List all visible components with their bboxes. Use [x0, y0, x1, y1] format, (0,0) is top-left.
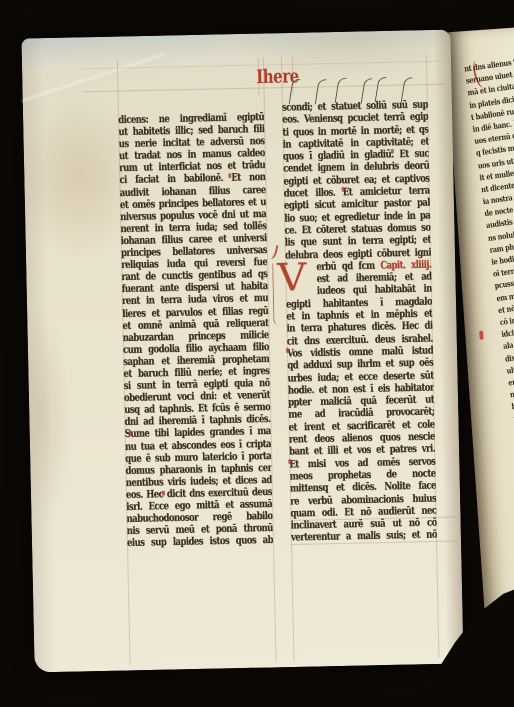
rubrication-mark: [342, 187, 345, 192]
rubrication-mark: [162, 491, 165, 496]
rubrication-mark: [479, 331, 484, 340]
rubrication-mark: [129, 430, 132, 435]
rubrication-mark: [286, 348, 289, 353]
text-column-left: dicens: ne ingrediamī egiptūut habitetis…: [118, 111, 273, 549]
rubrication-mark: [391, 149, 394, 154]
drop-cap-initial: V: [277, 260, 309, 299]
text-line-content: verterentur a malis suis; et nō: [291, 529, 437, 544]
photo-backdrop: nt dns alienus 9seruano uiuet fumā et in…: [0, 0, 514, 707]
rubrication-mark: [288, 459, 291, 464]
rubrication-mark: [228, 173, 231, 178]
facing-page-text-column: nt dns alienus 9seruano uiuet fumā et in…: [463, 50, 514, 558]
text-column-right: scondi; et statuet soliū suū supeos. Ven…: [282, 99, 437, 545]
text-line: verterentur a malis suis; et nō: [291, 528, 437, 546]
text-line-content: eius sup lapides istos quos ab: [127, 535, 273, 550]
parchment-crease: [21, 52, 165, 105]
text-line: eius sup lapides istos quos ab: [127, 533, 273, 551]
manuscript-page: Ihere dicens: ne ingrediamī egiptūut hab…: [21, 30, 463, 673]
